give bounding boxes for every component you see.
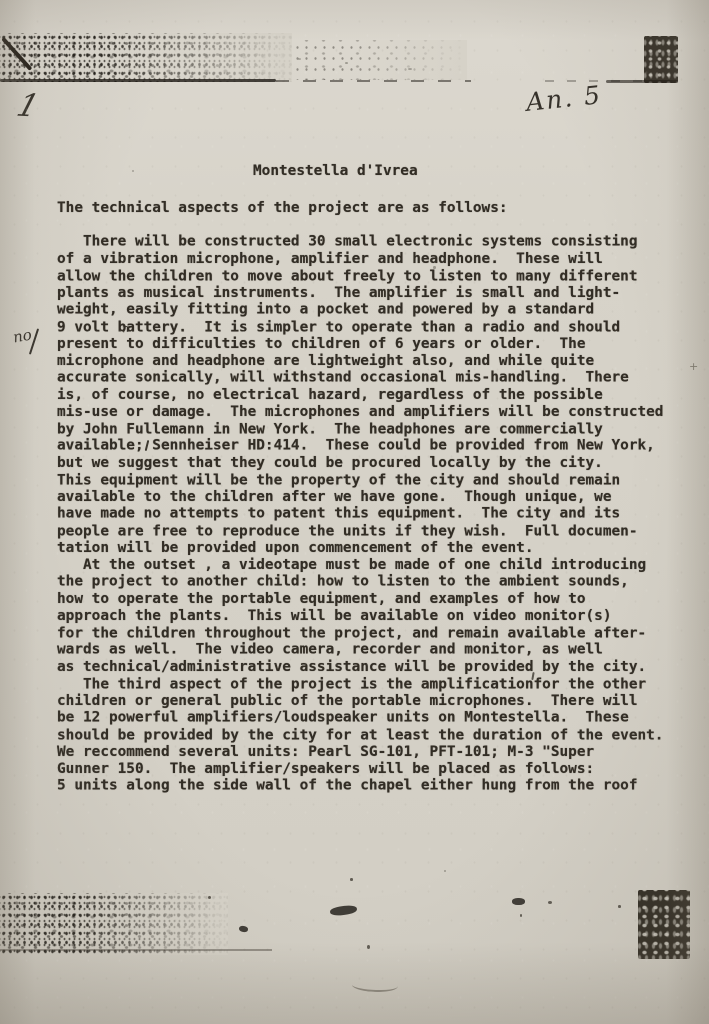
toner-dot	[298, 58, 301, 60]
toner-band-bottom-left	[0, 893, 228, 955]
pencil-squiggle-bottom	[352, 977, 399, 993]
toner-dot	[208, 896, 211, 899]
typed-line: There will be constructed 30 small elect…	[57, 234, 663, 251]
typed-line: present to difficulties to children of 6…	[57, 336, 663, 353]
typed-line: available; Sennheiser HD:414. These coul…	[57, 438, 663, 455]
typed-line: At the outset , a videotape must be made…	[57, 557, 663, 574]
toner-dot	[350, 878, 353, 881]
toner-dot	[367, 945, 370, 949]
handwritten-note-top-right: An. 5	[525, 80, 604, 117]
typed-line: This equipment will be the property of t…	[57, 472, 663, 489]
typed-line: the project to another child: how to lis…	[57, 574, 663, 591]
toner-line-top	[0, 79, 276, 82]
toner-blob	[239, 925, 249, 932]
typed-line: We reccommend several units: Pearl SG-10…	[57, 744, 663, 761]
toner-block-bottom-right	[638, 890, 690, 959]
toner-band-top-middle	[292, 40, 467, 80]
typed-line: The third aspect of the project is the a…	[57, 676, 663, 693]
intro-line: The technical aspects of the project are…	[57, 200, 508, 217]
typed-line: allow the children to move about freely …	[57, 268, 663, 285]
toner-dot	[345, 62, 348, 64]
typed-line: is, of course, no electrical hazard, reg…	[57, 387, 663, 404]
toner-blob	[512, 898, 525, 905]
typed-line: tation will be provided upon commencemen…	[57, 540, 663, 557]
typed-line: 5 units along the side wall of the chape…	[57, 778, 663, 795]
scanned-document-page: + 1 An. 5 no n Montestella d'Ivrea The t…	[0, 0, 709, 1024]
typed-line: how to operate the portable equipment, a…	[57, 591, 663, 608]
typed-line: weight, easily fitting into a pocket and…	[57, 302, 663, 319]
small-cross-mark: +	[689, 360, 698, 373]
typed-body: There will be constructed 30 small elect…	[57, 234, 663, 795]
typed-line: plants as musical instruments. The ampli…	[57, 285, 663, 302]
typed-line: have made no attempts to patent this equ…	[57, 506, 663, 523]
typed-line: as technical/administrative assistance w…	[57, 659, 663, 676]
toner-dot	[618, 905, 621, 908]
document-title: Montestella d'Ivrea	[253, 163, 418, 180]
toner-dot	[408, 68, 412, 70]
toner-line-top-right	[606, 80, 678, 83]
toner-line-bottom	[0, 949, 272, 951]
typed-line: people are free to reproduce the units i…	[57, 523, 663, 540]
typed-line: of a vibration microphone, amplifier and…	[57, 251, 663, 268]
handwritten-margin-note: no	[12, 326, 34, 347]
toner-block-top-right	[644, 36, 678, 83]
typed-line: mis-use or damage. The microphones and a…	[57, 404, 663, 421]
toner-dot	[132, 170, 134, 172]
toner-dot	[548, 901, 552, 904]
typed-line: approach the plants. This will be availa…	[57, 608, 663, 625]
typed-line: for the children throughout the project,…	[57, 625, 663, 642]
typed-line: but we suggest that they could be procur…	[57, 455, 663, 472]
typed-line: children or general public of the portab…	[57, 693, 663, 710]
typed-line: wards as well. The video camera, recorde…	[57, 642, 663, 659]
typed-line: microphone and headphone are lightweight…	[57, 353, 663, 370]
typed-line: available to the children after we have …	[57, 489, 663, 506]
typed-line: accurate sonically, will withstand occas…	[57, 370, 663, 387]
typed-line: be 12 powerful amplifiers/loudspeaker un…	[57, 710, 663, 727]
toner-dot	[444, 870, 446, 872]
typed-line: Gunner 150. The amplifier/speakers will …	[57, 761, 663, 778]
toner-dot	[520, 914, 522, 917]
typed-line: 9 volt battery. It is simpler to operate…	[57, 319, 663, 336]
toner-band-top-left	[0, 33, 292, 82]
typed-line: by John Fullemann in New York. The headp…	[57, 421, 663, 438]
toner-line-top-dashed	[276, 80, 471, 82]
toner-blob	[330, 904, 358, 916]
handwritten-page-number: 1	[13, 88, 43, 125]
typed-line: should be provided by the city for at le…	[57, 727, 663, 744]
